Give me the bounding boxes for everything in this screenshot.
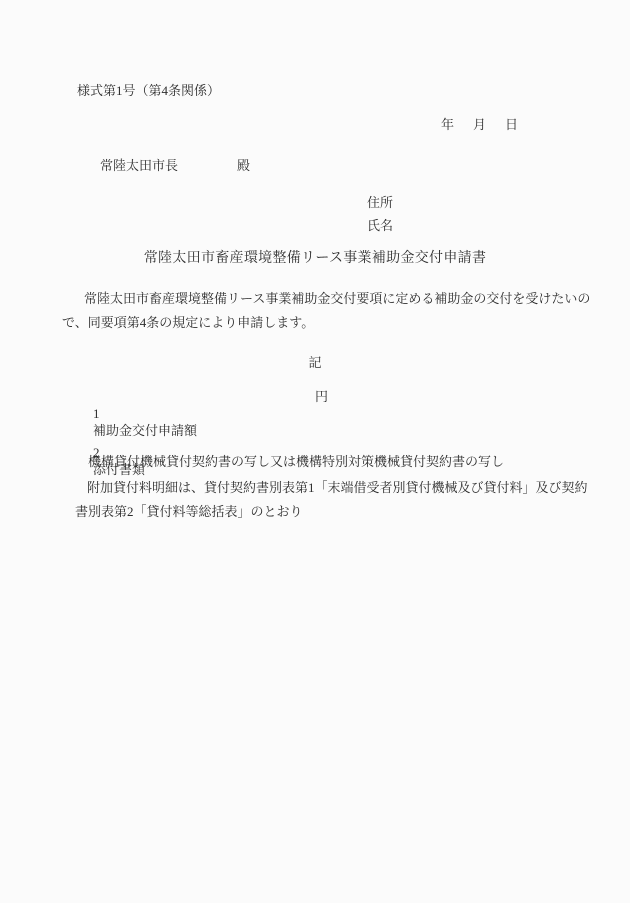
addressee-name: 常陸太田市長 (100, 158, 178, 175)
form-number-label: 様式第1号（第4条関係） (77, 83, 220, 100)
body-paragraph-line-2: で、同要項第4条の規定により申請します。 (62, 315, 314, 332)
addressee-honorific: 殿 (237, 158, 250, 175)
date-month-label: 月 (473, 117, 486, 134)
body-paragraph-line-1: 常陸太田市畜産環境整備リース事業補助金交付要項に定める補助金の交付を受けたいの (84, 291, 590, 308)
date-day-label: 日 (505, 117, 518, 134)
date-year-label: 年 (441, 117, 454, 134)
document-page: 様式第1号（第4条関係） 年 月 日 常陸太田市長 殿 住所 氏名 常陸太田市畜… (0, 0, 630, 903)
attachment-detail-line-2: 附加貸付料明細は、貸付契約書別表第1「末端借受者別貸付機械及び貸付料」及び契約 (87, 480, 588, 497)
list-heading: 記 (0, 355, 630, 372)
date-line: 年 月 日 (441, 117, 518, 134)
attachment-detail-line-1: 機構貸付機械貸付契約書の写し又は機構特別対策機械貸付契約書の写し (88, 454, 504, 471)
applicant-name-label: 氏名 (367, 218, 393, 235)
item-1-number: 1 (93, 406, 100, 421)
document-title: 常陸太田市畜産環境整備リース事業補助金交付申請書 (0, 250, 630, 268)
attachment-detail-line-3: 書別表第2「貸付料等総括表」のとおり (75, 504, 303, 521)
amount-blank-field (200, 389, 308, 405)
applicant-address-label: 住所 (367, 195, 393, 212)
item-1-unit-label: 円 (315, 389, 328, 406)
